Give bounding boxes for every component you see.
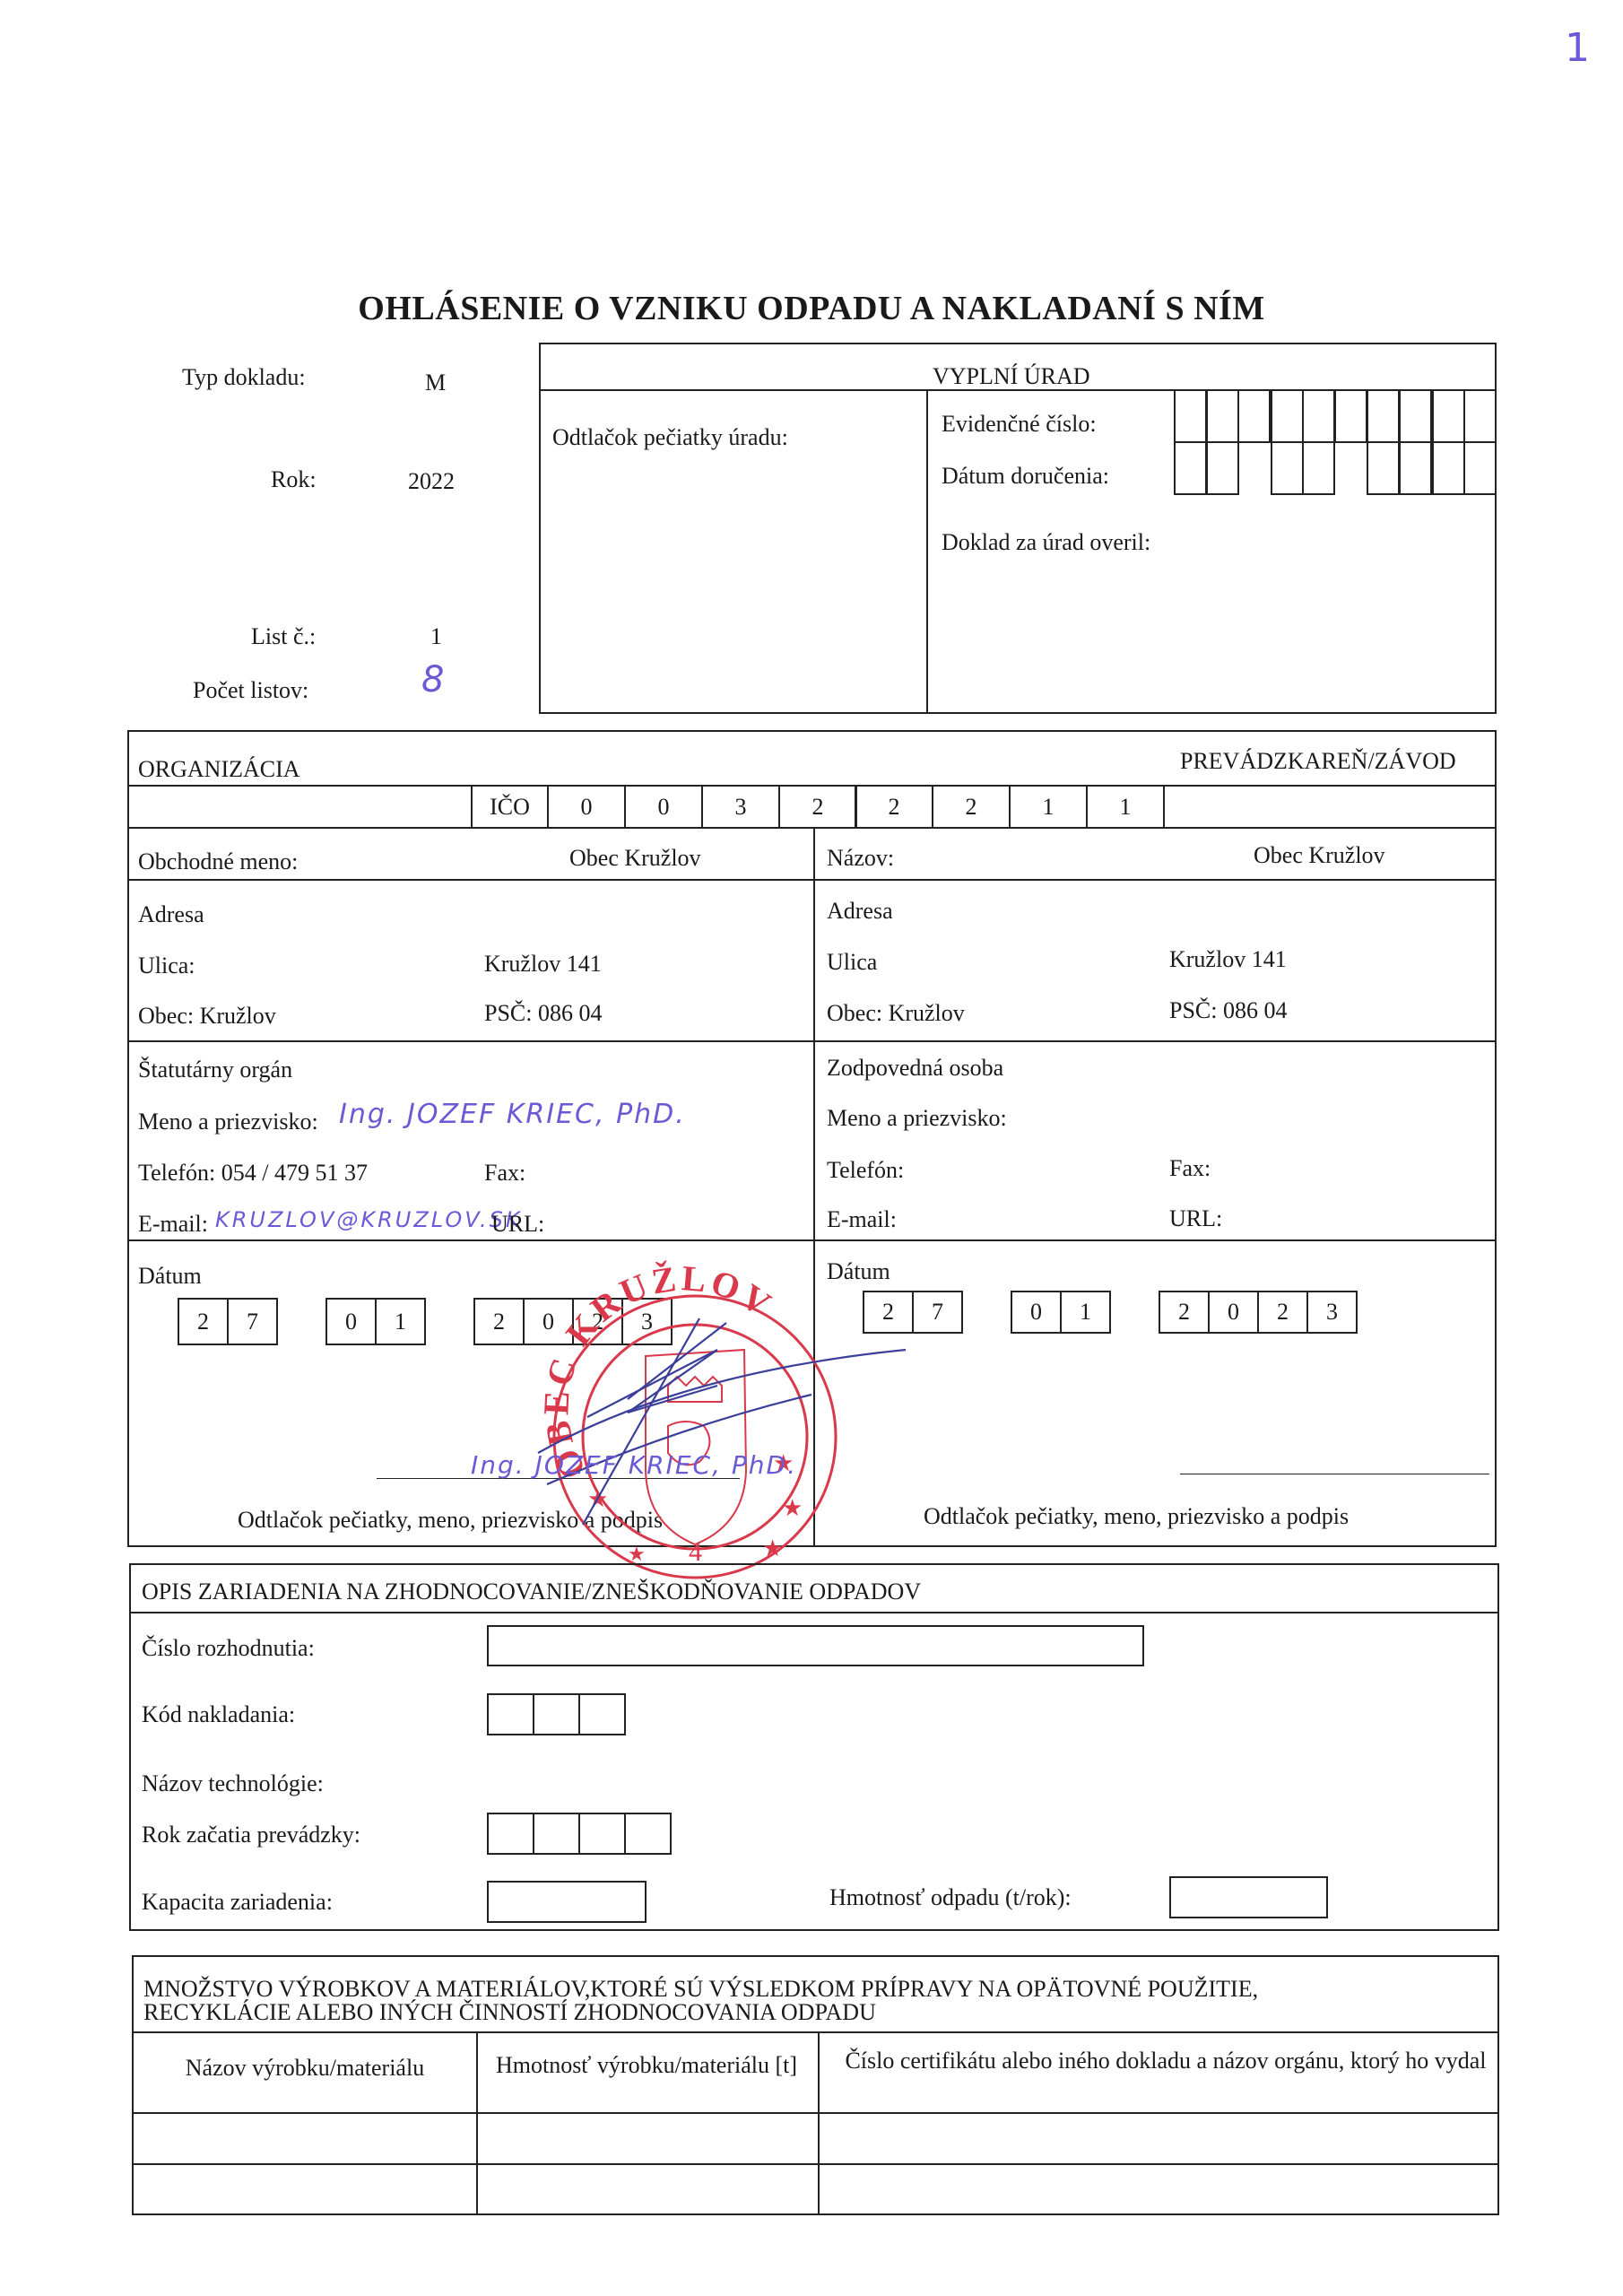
municipal-stamp-icon: OBEC KRUŽLOV 4 ★ ★ ★ ★ ★	[0, 0, 1623, 2296]
rok-zacatia-cell[interactable]	[487, 1813, 534, 1855]
facility-heading: OPIS ZARIADENIA NA ZHODNOCOVANIE/ZNEŠKOD…	[142, 1580, 921, 1604]
products-heading-line1: MNOŽSTVO VÝROBKOV A MATERIÁLOV,KTORÉ SÚ …	[143, 1978, 1258, 2001]
kapacita-input[interactable]	[487, 1881, 647, 1923]
cislo-rozhodnutia-input[interactable]	[487, 1625, 1144, 1666]
products-table-cell[interactable]	[134, 2165, 476, 2213]
kapacita-label: Kapacita zariadenia:	[142, 1891, 333, 1914]
rok-zacatia-cell[interactable]	[533, 1813, 580, 1855]
cislo-rozhodnutia-label: Číslo rozhodnutia:	[142, 1637, 315, 1660]
kod-nakladania-cell[interactable]	[578, 1693, 626, 1735]
svg-text:★: ★	[762, 1535, 783, 1561]
svg-text:★: ★	[782, 1495, 803, 1521]
products-table-cell[interactable]	[820, 2114, 1497, 2162]
kod-nakladania-cell[interactable]	[487, 1693, 534, 1735]
products-table-cell[interactable]	[478, 2114, 818, 2162]
products-table-cell[interactable]	[134, 2114, 476, 2162]
products-table-cell[interactable]	[820, 2165, 1497, 2213]
products-heading-line2: RECYKLÁCIE ALEBO INÝCH ČINNOSTÍ ZHODNOCO…	[143, 2001, 876, 2024]
kod-nakladania-cell[interactable]	[533, 1693, 580, 1735]
products-table-cell[interactable]	[478, 2165, 818, 2213]
kod-nakladania-label: Kód nakladania:	[142, 1703, 295, 1726]
signature-text: Ing. JOZEF KRIEC, PhD.	[471, 1453, 797, 1478]
hmotnost-label: Hmotnosť odpadu (t/rok):	[829, 1886, 1072, 1909]
rok-zacatia-label: Rok začatia prevádzky:	[142, 1823, 360, 1847]
products-col-certificate: Číslo certifikátu alebo iného dokladu a …	[843, 2048, 1488, 2074]
hmotnost-input[interactable]	[1169, 1876, 1328, 1918]
svg-text:★: ★	[628, 1543, 646, 1565]
rok-zacatia-cell[interactable]	[578, 1813, 626, 1855]
rok-zacatia-cell[interactable]	[624, 1813, 672, 1855]
products-col-weight: Hmotnosť výrobku/materiálu [t]	[489, 2052, 804, 2079]
nazov-technologie-label: Názov technológie:	[142, 1772, 324, 1796]
products-col-name: Názov výrobku/materiálu	[134, 2056, 476, 2082]
